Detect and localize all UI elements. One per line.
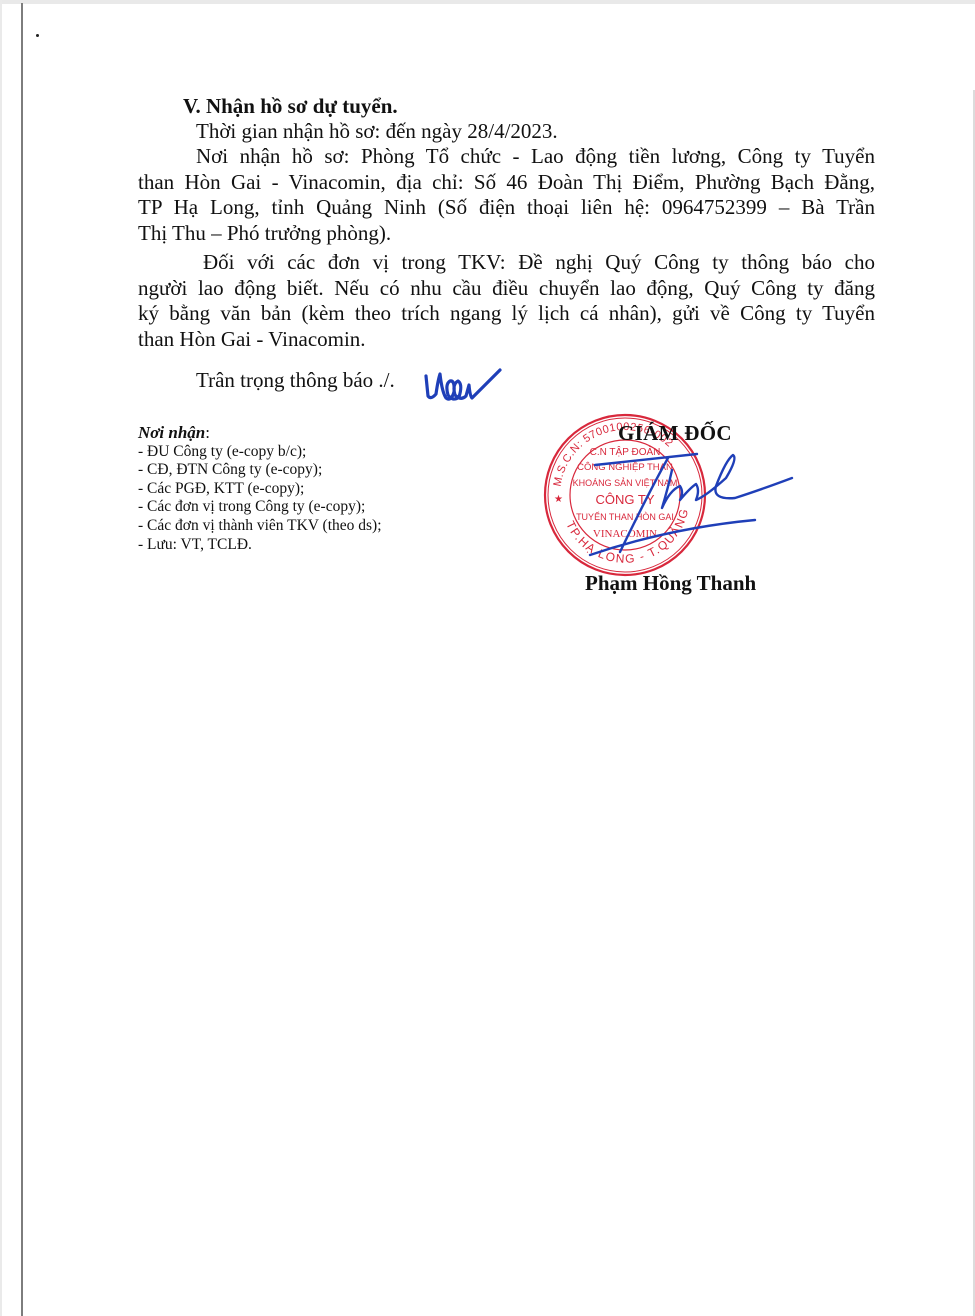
location-line-3: TP Hạ Long, tỉnh Quảng Ninh (Số điện tho… bbox=[138, 195, 875, 221]
recipients-title: Nơi nhận: bbox=[138, 424, 382, 443]
deadline-line: Thời gian nhận hồ sơ: đến ngày 28/4/2023… bbox=[196, 119, 558, 145]
recipients-list: - ĐU Công ty (e-copy b/c); - CĐ, ĐTN Côn… bbox=[138, 443, 382, 555]
seal-line: VINACOMIN bbox=[593, 528, 657, 540]
seal-line: C.N TẬP ĐOÀN bbox=[590, 445, 661, 458]
scan-speck bbox=[36, 34, 39, 37]
tkv-line-1: Đối với các đơn vị trong TKV: Đề nghị Qu… bbox=[138, 250, 875, 276]
tkv-line-4: than Hòn Gai - Vinacomin. bbox=[138, 327, 875, 353]
recipient-item: - Các PGĐ, KTT (e-copy); bbox=[138, 480, 382, 499]
tkv-units-paragraph: Đối với các đơn vị trong TKV: Đề nghị Qu… bbox=[138, 250, 875, 352]
seal-line: TUYỂN THAN HÒN GAI bbox=[576, 511, 674, 522]
initial-mark-icon bbox=[426, 370, 500, 399]
recipient-item: - ĐU Công ty (e-copy b/c); bbox=[138, 443, 382, 462]
seal-line: CÔNG TY bbox=[596, 492, 655, 507]
location-line-2: than Hòn Gai - Vinacomin, địa chỉ: Số 46… bbox=[138, 170, 875, 196]
recipient-item: - CĐ, ĐTN Công ty (e-copy); bbox=[138, 461, 382, 480]
section-heading: V. Nhận hồ sơ dự tuyển. bbox=[183, 94, 398, 120]
tkv-line-3: ký bằng văn bản (kèm theo trích ngang lý… bbox=[138, 301, 875, 327]
recipient-item: - Các đơn vị trong Công ty (e-copy); bbox=[138, 498, 382, 517]
page-left-border bbox=[21, 3, 23, 1316]
seal-line: CÔNG NGHIỆP THAN bbox=[577, 462, 673, 473]
seal-star-icon: ★ bbox=[554, 494, 563, 505]
recipient-item: - Các đơn vị thành viên TKV (theo ds); bbox=[138, 517, 382, 536]
signatory-name: Phạm Hồng Thanh bbox=[585, 571, 756, 596]
recipient-item: - Lưu: VT, TCLĐ. bbox=[138, 536, 382, 555]
scan-left-edge bbox=[0, 0, 2, 1316]
seal-line: KHOÁNG SẢN VIỆT NAM bbox=[573, 477, 678, 488]
recipients-block: Nơi nhận: - ĐU Công ty (e-copy b/c); - C… bbox=[138, 424, 382, 554]
location-line-1: Nơi nhận hồ sơ: Phòng Tổ chức - Lao động… bbox=[138, 144, 875, 170]
submission-location-paragraph: Nơi nhận hồ sơ: Phòng Tổ chức - Lao động… bbox=[138, 144, 875, 246]
closing-line: Trân trọng thông báo ./. bbox=[196, 368, 395, 394]
signatory-title: GIÁM ĐỐC bbox=[618, 421, 732, 446]
location-line-4: Thị Thu – Phó trưởng phòng). bbox=[138, 221, 875, 247]
tkv-line-2: người lao động biết. Nếu có nhu cầu điều… bbox=[138, 276, 875, 302]
page-top-edge bbox=[0, 0, 975, 4]
